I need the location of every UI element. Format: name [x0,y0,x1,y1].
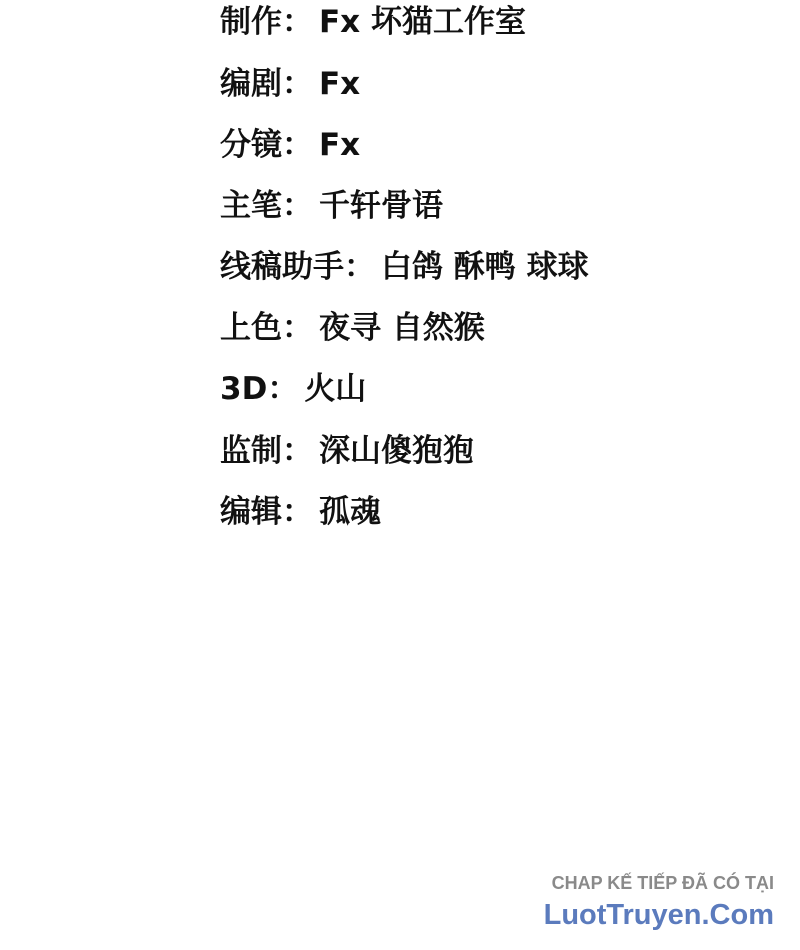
watermark: CHAP KẾ TIẾP ĐÃ CÓ TẠI LuotTruyen.Com [544,870,774,932]
credit-role: 上色 [220,310,282,346]
credit-name: 夜寻 自然猴 [319,310,485,346]
credit-role: 编辑 [220,494,282,530]
credit-role: 监制 [220,433,282,469]
credit-role: 编剧 [220,66,282,102]
credit-editor: 编辑：孤魂 [220,492,381,532]
credit-separator: ： [267,371,298,407]
credit-line-art-assistants: 线稿助手：白鸽 酥鸭 球球 [220,247,589,287]
credit-storyboard: 分镜：Fx [220,125,360,165]
credit-separator: ： [282,310,313,346]
credit-3d: 3D：火山 [220,369,366,409]
credit-separator: ： [282,188,313,224]
credit-role: 制作 [220,4,282,40]
credit-role: 线稿助手 [220,249,344,285]
watermark-next-chapter-text: CHAP KẾ TIẾP ĐÃ CÓ TẠI [544,870,774,896]
credit-separator: ： [282,433,313,469]
credit-supervisor: 监制：深山傻狍狍 [220,431,474,471]
credit-name: Fx [319,127,360,163]
credit-separator: ： [282,127,313,163]
credit-name: 千轩骨语 [319,188,443,224]
credit-separator: ： [282,494,313,530]
credit-coloring: 上色：夜寻 自然猴 [220,308,485,348]
watermark-site-name: LuotTruyen.Com [544,898,774,932]
credit-name: Fx 坏猫工作室 [319,4,526,40]
credit-separator: ： [282,4,313,40]
credit-role: 3D [220,371,267,407]
credit-name: 火山 [304,371,366,407]
credit-production: 制作：Fx 坏猫工作室 [220,2,526,42]
credit-name: 孤魂 [319,494,381,530]
credit-role: 分镜 [220,127,282,163]
credit-name: 深山傻狍狍 [319,433,474,469]
credit-separator: ： [282,66,313,102]
credit-separator: ： [344,249,375,285]
credit-lead-artist: 主笔：千轩骨语 [220,186,443,226]
credit-screenwriter: 编剧：Fx [220,64,360,104]
credit-role: 主笔 [220,188,282,224]
credit-name: Fx [319,66,360,102]
credit-name: 白鸽 酥鸭 球球 [381,249,589,285]
